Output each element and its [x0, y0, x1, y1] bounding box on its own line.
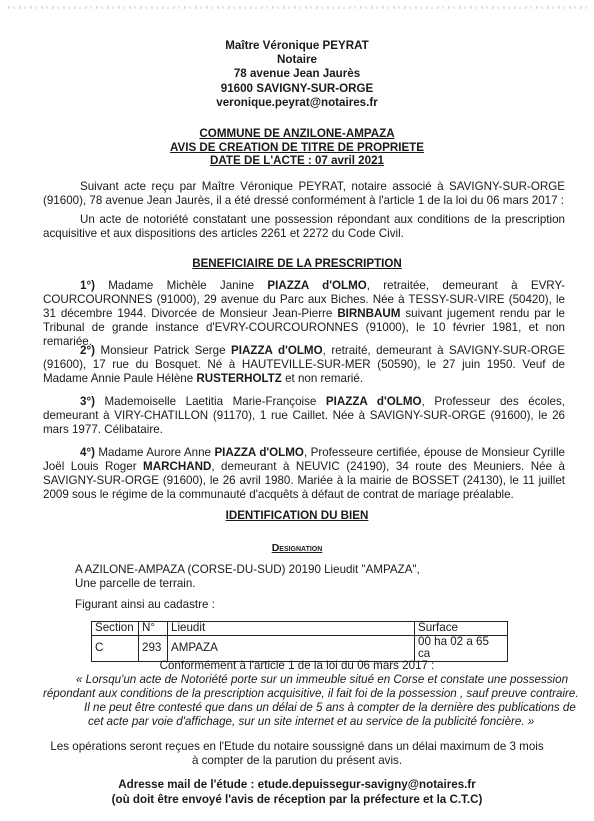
- notary-name: Maître Véronique PEYRAT: [0, 39, 594, 53]
- document-titles: COMMUNE DE ANZILONE-AMPAZA AVIS DE CREAT…: [0, 127, 594, 168]
- operations-line-1: Les opérations seront reçues en l'Etude …: [0, 740, 594, 754]
- notary-header: Maître Véronique PEYRAT Notaire 78 avenu…: [0, 39, 594, 110]
- bien-location: A AZILONE-AMPAZA (CORSE-DU-SUD) 20190 Li…: [75, 563, 420, 577]
- notary-role: Notaire: [0, 53, 594, 67]
- header-section: Section: [92, 622, 139, 636]
- loi-intro: Conformément à l'article 1 de la loi du …: [0, 659, 594, 673]
- footer: Adresse mail de l'étude : etude.depuisse…: [0, 777, 594, 807]
- notary-email: veronique.peyrat@notaires.fr: [0, 96, 594, 110]
- designation-title: Designation: [0, 541, 594, 555]
- table-row: C 293 AMPAZA 00 ha 02 a 65 ca: [92, 635, 508, 661]
- date-title: DATE DE L'ACTE : 07 avril 2021: [210, 154, 384, 167]
- bien-title: IDENTIFICATION DU BIEN: [0, 509, 594, 523]
- intro-paragraph-1: Suivant acte reçu par Maître Véronique P…: [43, 180, 565, 208]
- avis-title: AVIS DE CREATION DE TITRE DE PROPRIETE: [170, 141, 424, 154]
- beneficiaire-item: 2°) Monsieur Patrick Serge PIAZZA d'OLMO…: [43, 344, 565, 386]
- header-lieudit: Lieudit: [168, 622, 415, 636]
- beneficiaire-item: 3°) Mademoiselle Laetitia Marie-François…: [43, 395, 565, 437]
- cell-numero: 293: [139, 635, 168, 661]
- beneficiaires-title: BENEFICIAIRE DE LA PRESCRIPTION: [0, 257, 594, 271]
- scan-artifact: [8, 6, 588, 9]
- study-email-line: Adresse mail de l'étude : etude.depuisse…: [0, 777, 594, 792]
- operations-line-2: à compter de la parution du présent avis…: [0, 754, 594, 768]
- bien-description: Une parcelle de terrain.: [75, 577, 196, 591]
- intro-paragraph-2: Un acte de notoriété constatant une poss…: [43, 213, 565, 241]
- quote-line: cet acte par voie d'affichage, sur un si…: [88, 715, 534, 729]
- quote-line: répondant aux conditions de la prescript…: [43, 687, 579, 701]
- beneficiaire-item: 1°) Madame Michèle Janine PIAZZA d'OLMO,…: [43, 279, 565, 349]
- quote-line: « Lorsqu'un acte de Notoriété porte sur …: [76, 673, 568, 687]
- beneficiaire-item: 4°) Madame Aurore Anne PIAZZA d'OLMO, Pr…: [43, 446, 565, 502]
- reception-note: (où doit être envoyé l'avis de réception…: [0, 792, 594, 807]
- notary-city: 91600 SAVIGNY-SUR-ORGE: [0, 82, 594, 96]
- quote-line: Il ne peut être contesté que dans un dél…: [84, 701, 576, 715]
- header-surface: Surface: [415, 622, 508, 636]
- cell-surface: 00 ha 02 a 65 ca: [415, 635, 508, 661]
- notary-street: 78 avenue Jean Jaurès: [0, 67, 594, 81]
- header-numero: N°: [139, 622, 168, 636]
- cell-section: C: [92, 635, 139, 661]
- cadastre-intro: Figurant ainsi au cadastre :: [75, 598, 215, 612]
- commune-title: COMMUNE DE ANZILONE-AMPAZA: [199, 127, 394, 140]
- cell-lieudit: AMPAZA: [168, 635, 415, 661]
- cadastre-table: Section N° Lieudit Surface C 293 AMPAZA …: [91, 621, 508, 662]
- table-header-row: Section N° Lieudit Surface: [92, 622, 508, 636]
